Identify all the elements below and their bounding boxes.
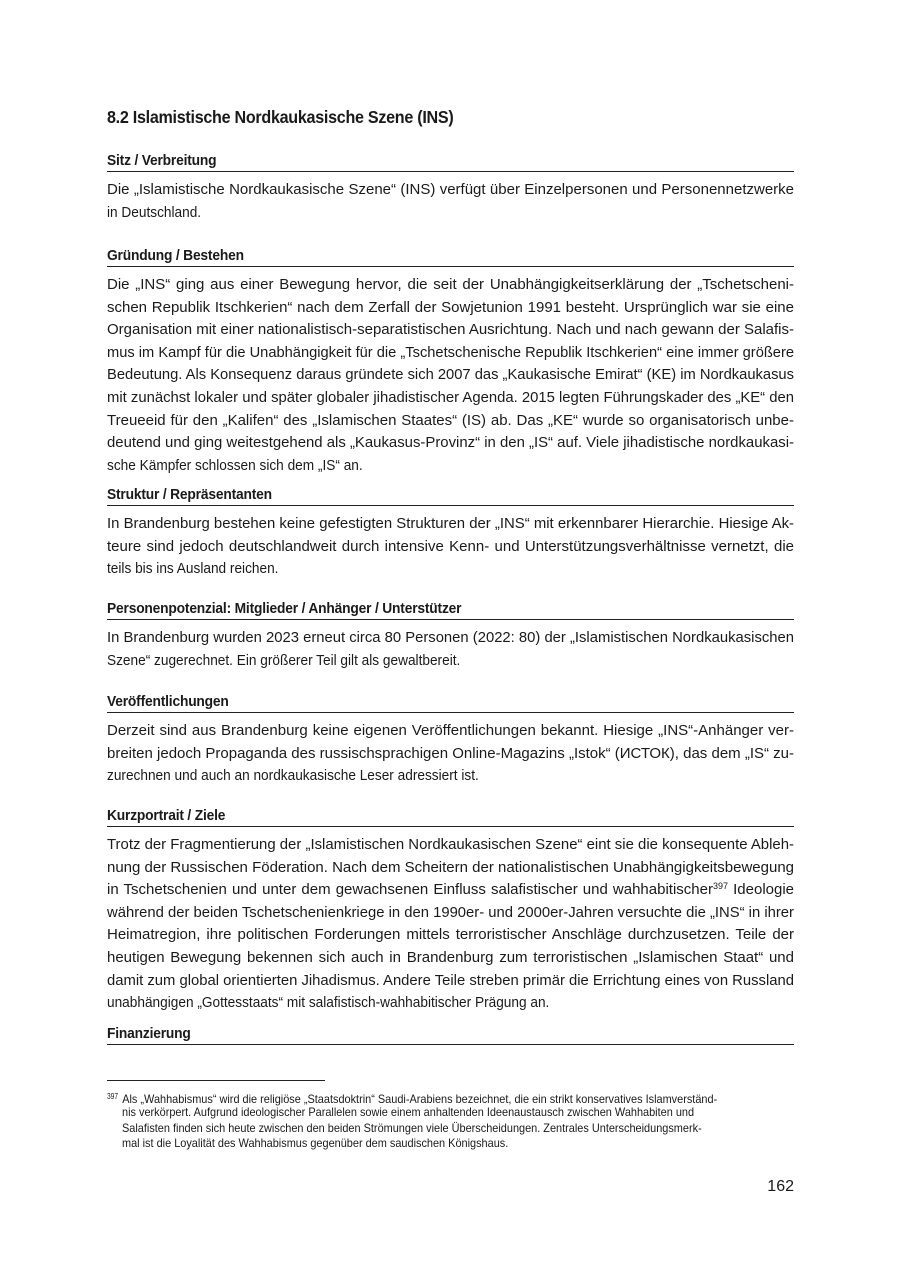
footnote-line: Salafisten finden sich heute zwischen de… xyxy=(107,1121,794,1137)
text-line: nung der Russischen Föderation. Nach dem… xyxy=(107,857,794,880)
section-kurzportrait: Kurzportrait / Ziele Trotz der Fragmenti… xyxy=(107,806,794,1015)
text-line: Die „Islamistische Nordkaukasische Szene… xyxy=(107,179,794,202)
section-sitz: Sitz / Verbreitung Die „Islamistische No… xyxy=(107,151,794,224)
text-line: Trotz der Fragmentierung der „Islamistis… xyxy=(107,834,794,857)
text-line: Die „INS“ ging aus einer Bewegung hervor… xyxy=(107,274,794,297)
text-line: teure sind jedoch deutschlandweit durch … xyxy=(107,536,794,559)
text-line: breiten jedoch Propaganda des russischsp… xyxy=(107,743,794,766)
footnote-divider xyxy=(107,1080,325,1081)
section-body: Die „Islamistische Nordkaukasische Szene… xyxy=(107,179,794,224)
section-title: 8.2 Islamistische Nordkaukasische Szene … xyxy=(107,107,453,128)
section-heading: Struktur / Repräsentanten xyxy=(107,485,794,506)
text-line: damit zum global orientierten Jihadismus… xyxy=(107,970,794,993)
footnote-reference[interactable]: 397 xyxy=(713,881,728,891)
text-line: deutend und ging weitestgehend als „Kauk… xyxy=(107,432,794,455)
section-finanzierung: Finanzierung xyxy=(107,1024,794,1045)
section-body: Die „INS“ ging aus einer Bewegung hervor… xyxy=(107,274,794,477)
text-line: In Brandenburg bestehen keine gefestigte… xyxy=(107,513,794,536)
section-body: Trotz der Fragmentierung der „Islamistis… xyxy=(107,834,794,1015)
text-line: Organisation mit einer nationalistisch-s… xyxy=(107,319,794,342)
section-heading: Kurzportrait / Ziele xyxy=(107,806,794,827)
section-heading: Finanzierung xyxy=(107,1024,794,1045)
footnote-line: nis verkörpert. Aufgrund ideologischer P… xyxy=(107,1105,794,1121)
page-number: 162 xyxy=(767,1178,794,1196)
text-line: Derzeit sind aus Brandenburg keine eigen… xyxy=(107,720,794,743)
text-line: Szene“ zugerechnet. Ein größerer Teil gi… xyxy=(107,650,794,673)
text-line: in Deutschland. xyxy=(107,202,794,225)
footnote-number: 397 xyxy=(107,1089,118,1105)
text-line: Treueeid für den „Kalifen“ des „Islamisc… xyxy=(107,410,794,433)
text-line: in Tschetschenien und unter dem gewachse… xyxy=(107,879,794,902)
text-line: mus im Kampf für die Unabhängigkeit für … xyxy=(107,342,794,365)
text-line: sche Kämpfer schlossen sich dem „IS“ an. xyxy=(107,455,794,478)
text-line: In Brandenburg wurden 2023 erneut circa … xyxy=(107,627,794,650)
text-line: teils bis ins Ausland reichen. xyxy=(107,558,794,581)
section-body: In Brandenburg wurden 2023 erneut circa … xyxy=(107,627,794,672)
text-line: Heimatregion, ihre politischen Forderung… xyxy=(107,924,794,947)
section-struktur: Struktur / Repräsentanten In Brandenburg… xyxy=(107,485,794,581)
section-heading: Sitz / Verbreitung xyxy=(107,151,794,172)
footnote-line: mal ist die Loyalität des Wahhabismus ge… xyxy=(107,1136,794,1152)
text-line: Bedeutung. Als Konsequenz daraus gründet… xyxy=(107,364,794,387)
section-veroeffentlichungen: Veröffentlichungen Derzeit sind aus Bran… xyxy=(107,692,794,788)
text-line: schen Republik Itschkerien“ nach dem Zer… xyxy=(107,297,794,320)
section-heading: Veröffentlichungen xyxy=(107,692,794,713)
text-line: unabhängigen „Gottesstaats“ mit salafist… xyxy=(107,992,794,1015)
footnote-line: 397 Als „Wahhabismus“ wird die religiöse… xyxy=(107,1089,794,1105)
text-line: zurechnen und auch an nordkaukasische Le… xyxy=(107,765,794,788)
section-heading: Gründung / Bestehen xyxy=(107,246,794,267)
text-line: während der beiden Tschetschenienkriege … xyxy=(107,902,794,925)
section-body: In Brandenburg bestehen keine gefestigte… xyxy=(107,513,794,581)
section-gruendung: Gründung / Bestehen Die „INS“ ging aus e… xyxy=(107,246,794,477)
footnote: 397 Als „Wahhabismus“ wird die religiöse… xyxy=(107,1089,794,1152)
section-body: Derzeit sind aus Brandenburg keine eigen… xyxy=(107,720,794,788)
text-line: mit zunächst lokaler und später globaler… xyxy=(107,387,794,410)
section-heading: Personenpotenzial: Mitglieder / Anhänger… xyxy=(107,599,794,620)
section-personenpotenzial: Personenpotenzial: Mitglieder / Anhänger… xyxy=(107,599,794,672)
text-line: heutigen Bewegung bekennen sich auch in … xyxy=(107,947,794,970)
